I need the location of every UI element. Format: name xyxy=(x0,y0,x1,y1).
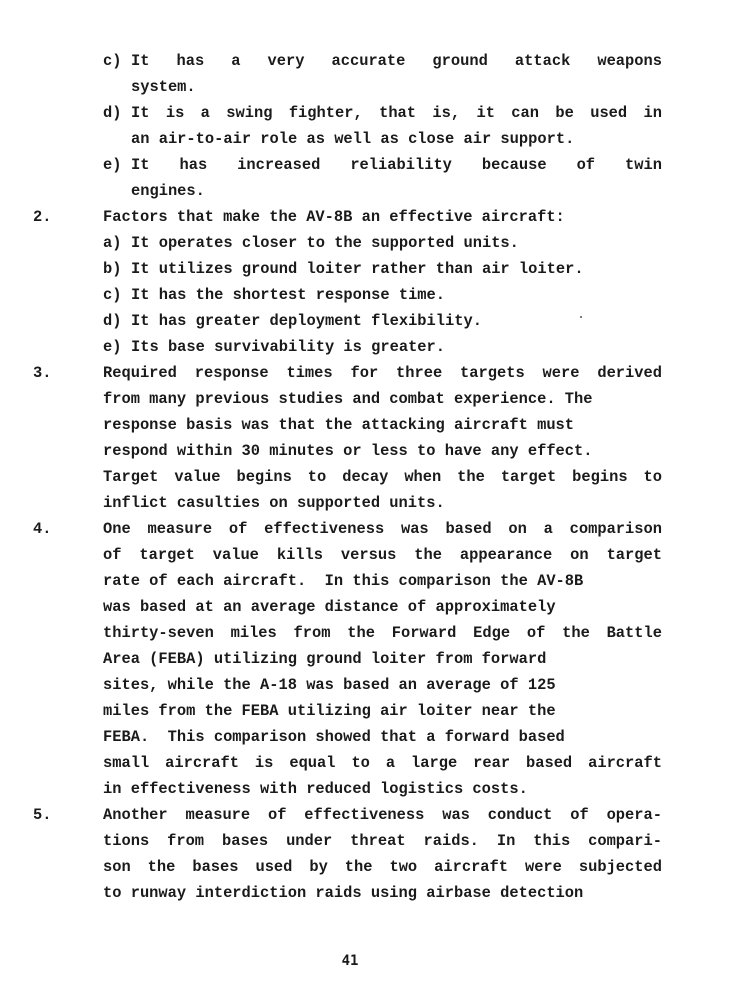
section-4-line-9: FEBA. This comparison showed that a forw… xyxy=(103,727,565,747)
section-2-item-e: Its base survivability is greater. xyxy=(131,337,445,357)
scan-speck xyxy=(580,316,582,318)
section-3-line-3: response basis was that the attacking ai… xyxy=(103,415,574,435)
section-4-line-1: One measure of effectiveness was based o… xyxy=(103,519,662,539)
section-4-line-8: miles from the FEBA utilizing air loiter… xyxy=(103,701,556,721)
item-d-line-2: an air-to-air role as well as close air … xyxy=(131,129,574,149)
section-2-item-a: It operates closer to the supported unit… xyxy=(131,233,519,253)
section-2-number: 2. xyxy=(33,207,51,227)
section-4-line-3: rate of each aircraft. In this compariso… xyxy=(103,571,583,591)
section-2-item-b-marker: b) xyxy=(103,259,121,279)
section-2-item-e-marker: e) xyxy=(103,337,121,357)
document-page: c) It has a very accurate ground attack … xyxy=(0,0,735,1000)
item-marker-d: d) xyxy=(103,103,121,123)
item-marker-e: e) xyxy=(103,155,121,175)
section-3-line-1: Required response times for three target… xyxy=(103,363,662,383)
section-4-line-11: in effectiveness with reduced logistics … xyxy=(103,779,528,799)
section-4-line-6: Area (FEBA) utilizing ground loiter from… xyxy=(103,649,546,669)
section-4-line-10: small aircraft is equal to a large rear … xyxy=(103,753,662,773)
item-e-line-2: engines. xyxy=(131,181,205,201)
item-c-line-1: It has a very accurate ground attack wea… xyxy=(131,51,662,71)
section-2-heading: Factors that make the AV-8B an effective… xyxy=(103,207,565,227)
page-number: 41 xyxy=(0,953,700,969)
section-2-item-b: It utilizes ground loiter rather than ai… xyxy=(131,259,584,279)
section-2-item-c: It has the shortest response time. xyxy=(131,285,445,305)
section-5-line-2: tions from bases under threat raids. In … xyxy=(103,831,662,851)
section-5-number: 5. xyxy=(33,805,51,825)
section-2-item-a-marker: a) xyxy=(103,233,121,253)
section-5-line-3: son the bases used by the two aircraft w… xyxy=(103,857,662,877)
section-3-line-5: Target value begins to decay when the ta… xyxy=(103,467,662,487)
section-2-item-c-marker: c) xyxy=(103,285,121,305)
section-4-line-2: of target value kills versus the appeara… xyxy=(103,545,662,565)
section-3-line-2: from many previous studies and combat ex… xyxy=(103,389,593,409)
section-5-line-1: Another measure of effectiveness was con… xyxy=(103,805,662,825)
section-4-line-4: was based at an average distance of appr… xyxy=(103,597,556,617)
section-2-item-d: It has greater deployment flexibility. xyxy=(131,311,482,331)
section-4-line-7: sites, while the A-18 was based an avera… xyxy=(103,675,556,695)
section-3-number: 3. xyxy=(33,363,51,383)
item-e-line-1: It has increased reliability because of … xyxy=(131,155,662,175)
item-c-line-2: system. xyxy=(131,77,196,97)
section-3-line-4: respond within 30 minutes or less to hav… xyxy=(103,441,593,461)
section-5-line-4: to runway interdiction raids using airba… xyxy=(103,883,583,903)
item-marker-c: c) xyxy=(103,51,121,71)
section-3-line-6: inflict casulties on supported units. xyxy=(103,493,445,513)
section-2-item-d-marker: d) xyxy=(103,311,121,331)
item-d-line-1: It is a swing fighter, that is, it can b… xyxy=(131,103,662,123)
section-4-number: 4. xyxy=(33,519,51,539)
section-4-line-5: thirty-seven miles from the Forward Edge… xyxy=(103,623,662,643)
